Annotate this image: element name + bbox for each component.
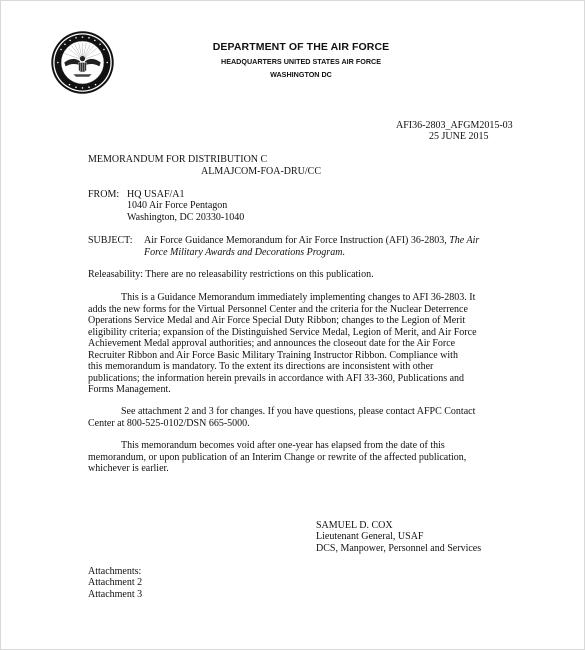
signer-name: SAMUEL D. COX xyxy=(316,520,393,532)
paragraph-line: adds the new forms for the Virtual Perso… xyxy=(88,304,528,316)
subject-italic-title: Force Military Awards and Decorations Pr… xyxy=(144,247,342,258)
subject-line-2: Force Military Awards and Decorations Pr… xyxy=(144,247,345,259)
subject-period: . xyxy=(342,247,345,258)
department-of-defense-seal-icon xyxy=(50,30,115,95)
paragraph-line: eligibility criteria; expansion of the D… xyxy=(88,327,528,339)
letterhead-location: WASHINGTON DC xyxy=(181,70,421,79)
paragraph-line: Recruiter Ribbon and Air Force Basic Mil… xyxy=(88,350,528,362)
reference-number: AFI36-2803_AFGM2015-03 xyxy=(396,120,513,132)
paragraph-line: This memorandum becomes void after one-y… xyxy=(88,440,528,452)
from-line: 1040 Air Force Pentagon xyxy=(127,200,227,212)
subject-line-1: Air Force Guidance Memorandum for Air Fo… xyxy=(144,235,479,247)
memo-date: 25 JUNE 2015 xyxy=(429,131,488,143)
from-line: Washington, DC 20330-1040 xyxy=(127,212,244,224)
subject-label: SUBJECT: xyxy=(88,235,133,247)
memorandum-for-line: MEMORANDUM FOR DISTRIBUTION C xyxy=(88,154,267,166)
paragraph-line: publications; the information herein pre… xyxy=(88,373,528,385)
headquarters-subtitle: HEADQUARTERS UNITED STATES AIR FORCE xyxy=(181,57,421,66)
signer-title: DCS, Manpower, Personnel and Services xyxy=(316,543,481,555)
distribution-line: ALMAJCOM-FOA-DRU/CC xyxy=(201,166,321,178)
paragraph-line: whichever is earlier. xyxy=(88,463,528,475)
subject-text: Air Force Guidance Memorandum for Air Fo… xyxy=(144,235,449,246)
paragraph-line: Achievement Medal approval authorities; … xyxy=(88,338,528,350)
body-paragraph-1: This is a Guidance Memorandum immediatel… xyxy=(88,292,528,396)
from-line: HQ USAF/A1 xyxy=(127,189,185,201)
paragraph-line: this memorandum is mandatory. To the ext… xyxy=(88,361,528,373)
paragraph-line: Operations Service Medal and Air Force S… xyxy=(88,315,528,327)
body-paragraph-3: This memorandum becomes void after one-y… xyxy=(88,440,528,475)
attachment-item: Attachment 2 xyxy=(88,577,142,589)
signer-rank: Lieutenant General, USAF xyxy=(316,531,423,543)
body-paragraph-2: See attachment 2 and 3 for changes. If y… xyxy=(88,406,528,429)
memorandum-page: DEPARTMENT OF THE AIR FORCE HEADQUARTERS… xyxy=(0,0,585,650)
attachment-item: Attachment 3 xyxy=(88,589,142,601)
paragraph-line: memorandum, or upon publication of an In… xyxy=(88,452,528,464)
paragraph-line: Center at 800-525-0102/DSN 665-5000. xyxy=(88,418,528,430)
subject-italic-title: The Air xyxy=(449,235,479,246)
releasability-statement: Releasability: There are no releasabilit… xyxy=(88,269,374,281)
from-label: FROM: xyxy=(88,189,119,201)
paragraph-line: Forms Management. xyxy=(88,384,528,396)
paragraph-line: See attachment 2 and 3 for changes. If y… xyxy=(88,406,528,418)
attachments-label: Attachments: xyxy=(88,566,141,578)
department-title: DEPARTMENT OF THE AIR FORCE xyxy=(181,41,421,53)
paragraph-line: This is a Guidance Memorandum immediatel… xyxy=(88,292,528,304)
